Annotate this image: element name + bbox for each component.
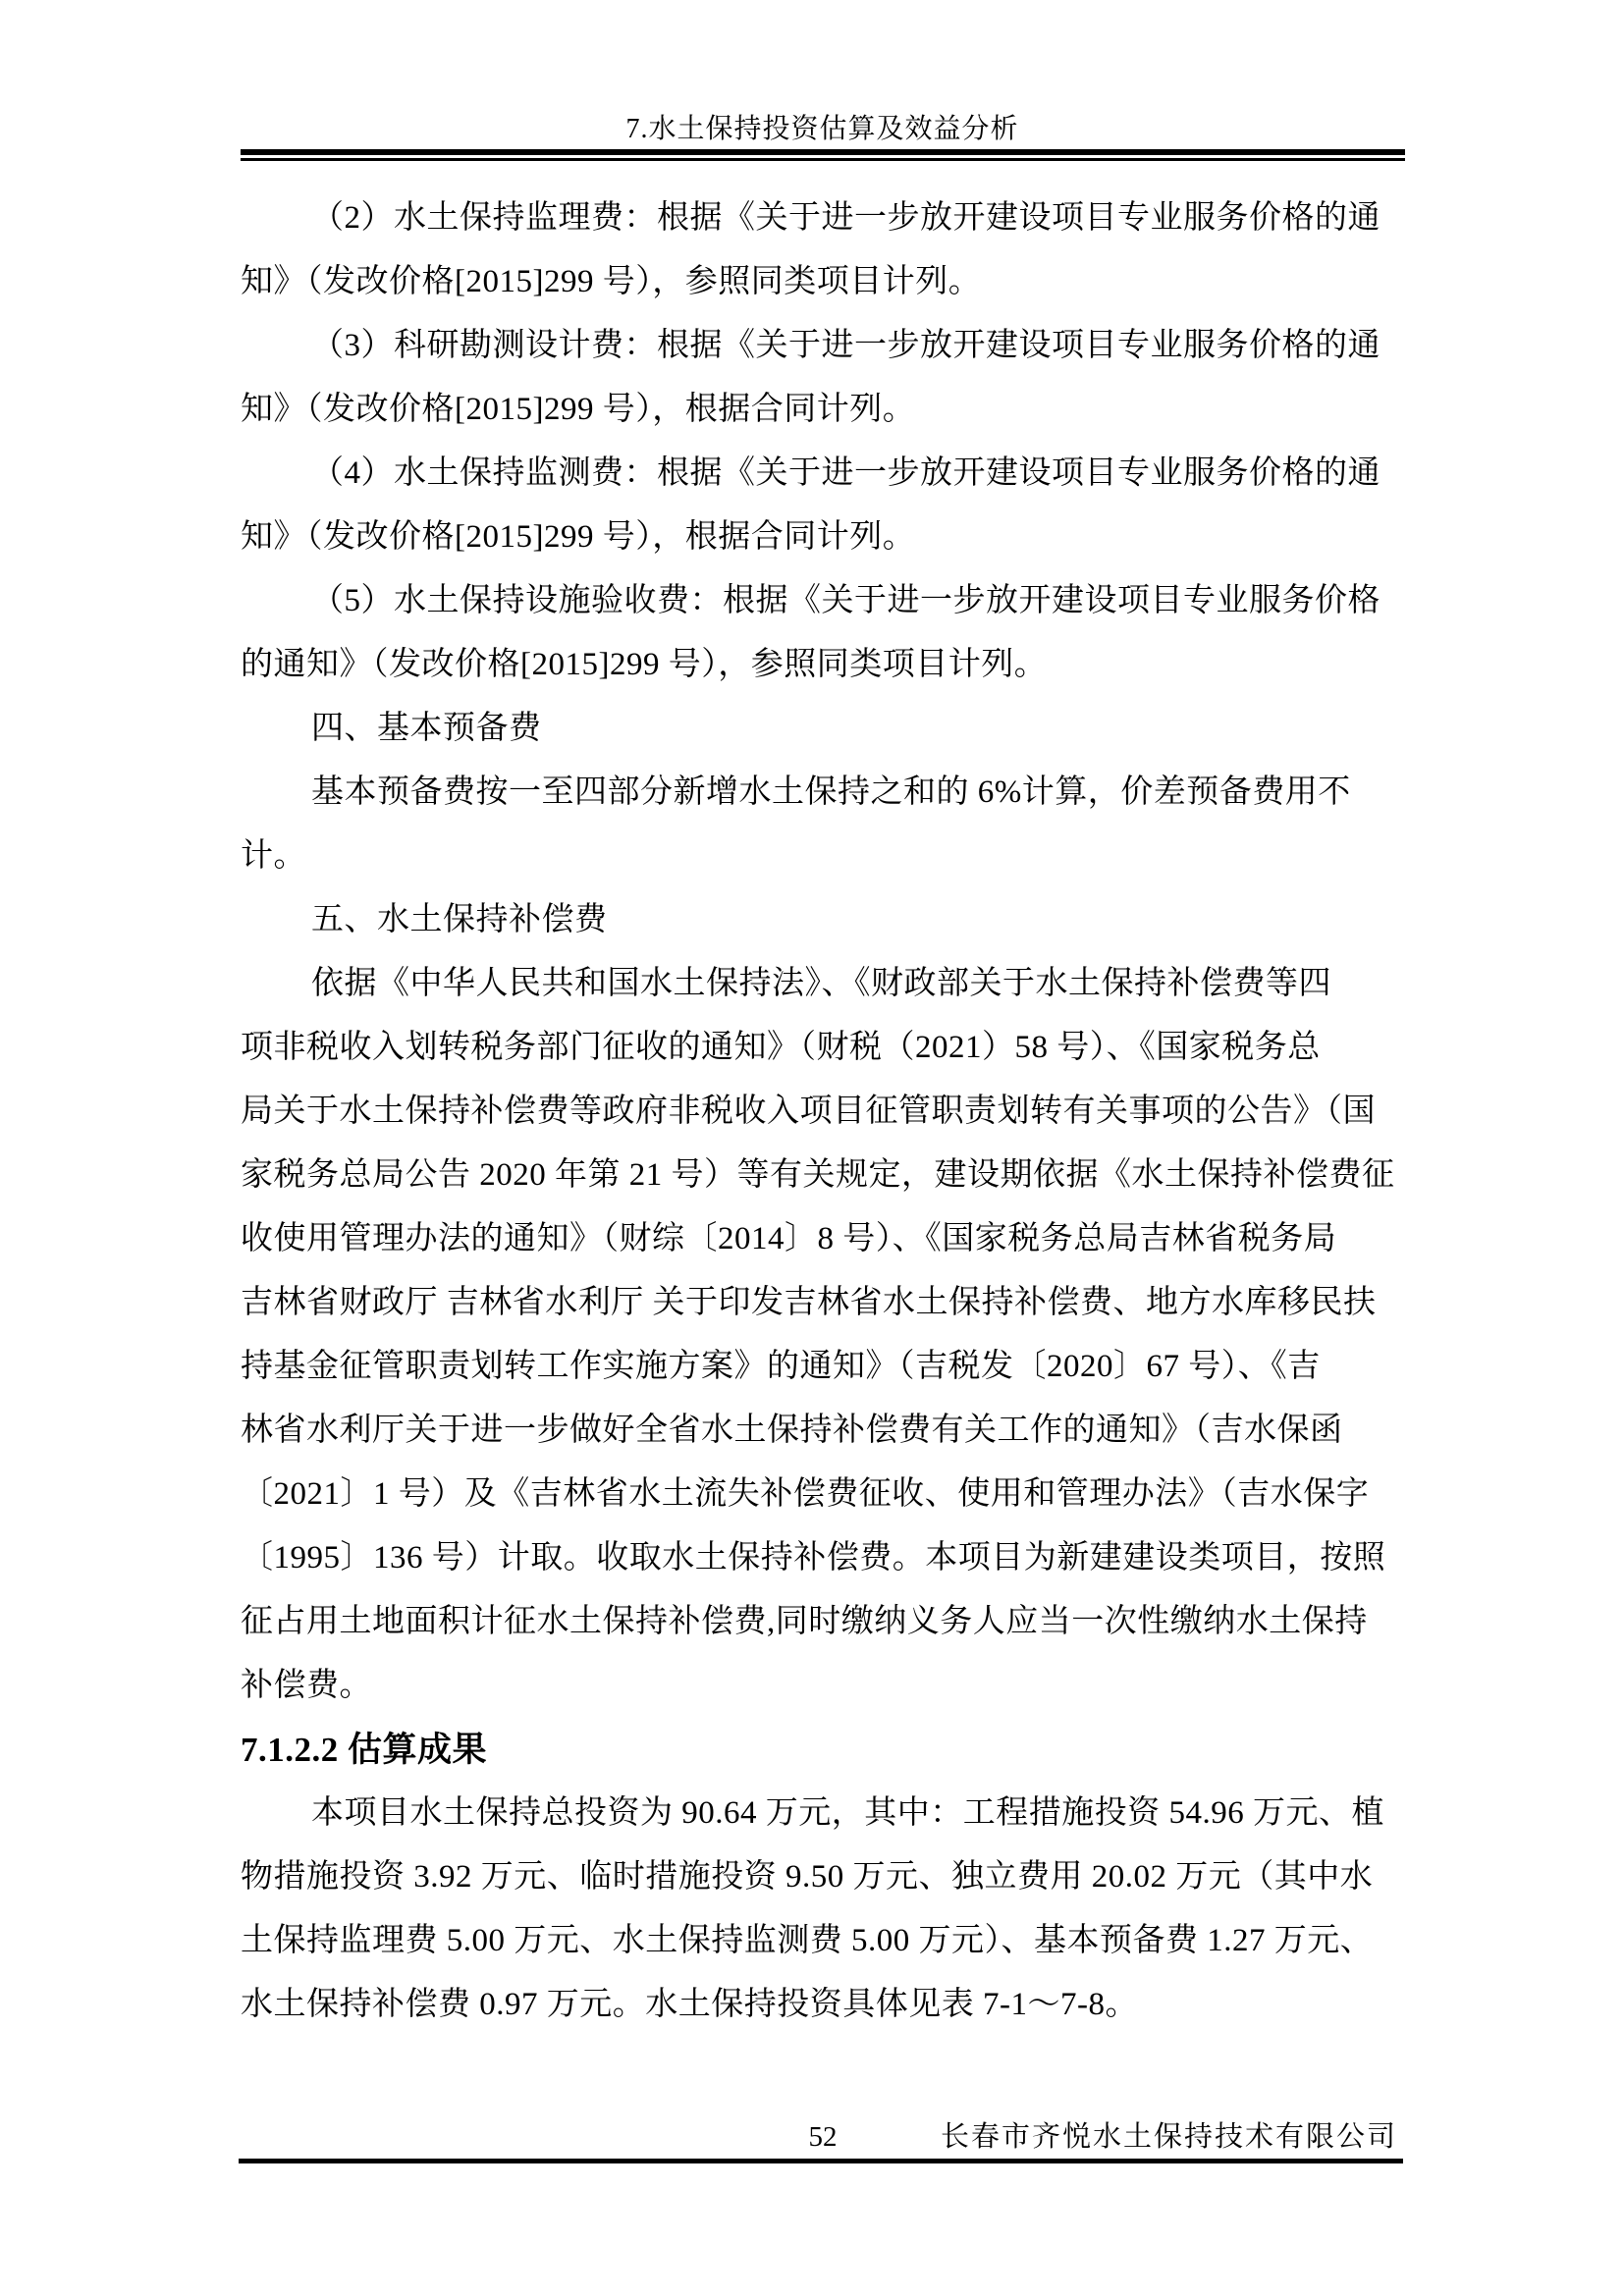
text-line: 局关于水土保持补偿费等政府非税收入项目征管职责划转有关事项的公告》（国	[241, 1080, 1409, 1144]
text-line: （3）科研勘测设计费：根据《关于进一步放开建设项目专业服务价格的通	[241, 314, 1409, 378]
text-line: 吉林省财政厅 吉林省水利厅 关于印发吉林省水土保持补偿费、地方水库移民扶	[241, 1271, 1409, 1335]
text-line: 知》（发改价格[2015]299 号），参照同类项目计列。	[241, 250, 1409, 314]
text-line: 土保持监理费 5.00 万元、水土保持监测费 5.00 万元）、基本预备费 1.…	[241, 1909, 1409, 1973]
text-line: 五、水土保持补偿费	[241, 888, 1409, 952]
text-line: 补偿费。	[241, 1654, 1409, 1718]
text-line: 知》（发改价格[2015]299 号），根据合同计列。	[241, 378, 1409, 442]
page-header-title: 7.水土保持投资估算及效益分析	[241, 110, 1404, 149]
footer-divider	[239, 2159, 1403, 2163]
text-line: 水土保持补偿费 0.97 万元。水土保持投资具体见表 7-1～7-8。	[241, 1973, 1409, 2037]
text-line: 本项目水土保持总投资为 90.64 万元，其中：工程措施投资 54.96 万元、…	[241, 1782, 1409, 1845]
header-divider	[241, 149, 1405, 161]
text-line: 〔2021〕1 号）及《吉林省水土流失补偿费征收、使用和管理办法》（吉水保字	[241, 1463, 1409, 1526]
section-heading: 7.1.2.2 估算成果	[241, 1718, 1409, 1782]
text-line: 计。	[241, 825, 1409, 888]
text-line: 持基金征管职责划转工作实施方案》的通知》（吉税发〔2020〕67 号）、《吉	[241, 1335, 1409, 1399]
document-body: （2）水土保持监理费：根据《关于进一步放开建设项目专业服务价格的通知》（发改价格…	[241, 187, 1409, 2037]
text-line: 物措施投资 3.92 万元、临时措施投资 9.50 万元、独立费用 20.02 …	[241, 1845, 1409, 1909]
text-line: 知》（发改价格[2015]299 号），根据合同计列。	[241, 506, 1409, 569]
text-line: 林省水利厅关于进一步做好全省水土保持补偿费有关工作的通知》（吉水保函	[241, 1399, 1409, 1463]
document-page: 7.水土保持投资估算及效益分析 （2）水土保持监理费：根据《关于进一步放开建设项…	[0, 0, 1624, 2296]
text-line: 家税务总局公告 2020 年第 21 号）等有关规定，建设期依据《水土保持补偿费…	[241, 1144, 1409, 1207]
text-line: 依据《中华人民共和国水土保持法》、《财政部关于水土保持补偿费等四	[241, 952, 1409, 1016]
text-line: 项非税收入划转税务部门征收的通知》（财税（2021）58 号）、《国家税务总	[241, 1016, 1409, 1080]
text-line: （2）水土保持监理费：根据《关于进一步放开建设项目专业服务价格的通	[241, 187, 1409, 250]
text-line: （4）水土保持监测费：根据《关于进一步放开建设项目专业服务价格的通	[241, 442, 1409, 506]
text-line: 〔1995〕136 号）计取。收取水土保持补偿费。本项目为新建建设类项目，按照	[241, 1526, 1409, 1590]
text-line: 的通知》（发改价格[2015]299 号），参照同类项目计列。	[241, 633, 1409, 697]
footer-company-name: 长春市齐悦水土保持技术有限公司	[941, 2116, 1397, 2158]
page-footer: 52 长春市齐悦水土保持技术有限公司	[241, 2116, 1405, 2158]
text-line: （5）水土保持设施验收费：根据《关于进一步放开建设项目专业服务价格	[241, 569, 1409, 633]
text-line: 征占用土地面积计征水土保持补偿费,同时缴纳义务人应当一次性缴纳水土保持	[241, 1590, 1409, 1654]
text-line: 基本预备费按一至四部分新增水土保持之和的 6%计算，价差预备费用不	[241, 761, 1409, 825]
text-line: 四、基本预备费	[241, 697, 1409, 761]
text-line: 收使用管理办法的通知》（财综〔2014〕8 号）、《国家税务总局吉林省税务局	[241, 1207, 1409, 1271]
